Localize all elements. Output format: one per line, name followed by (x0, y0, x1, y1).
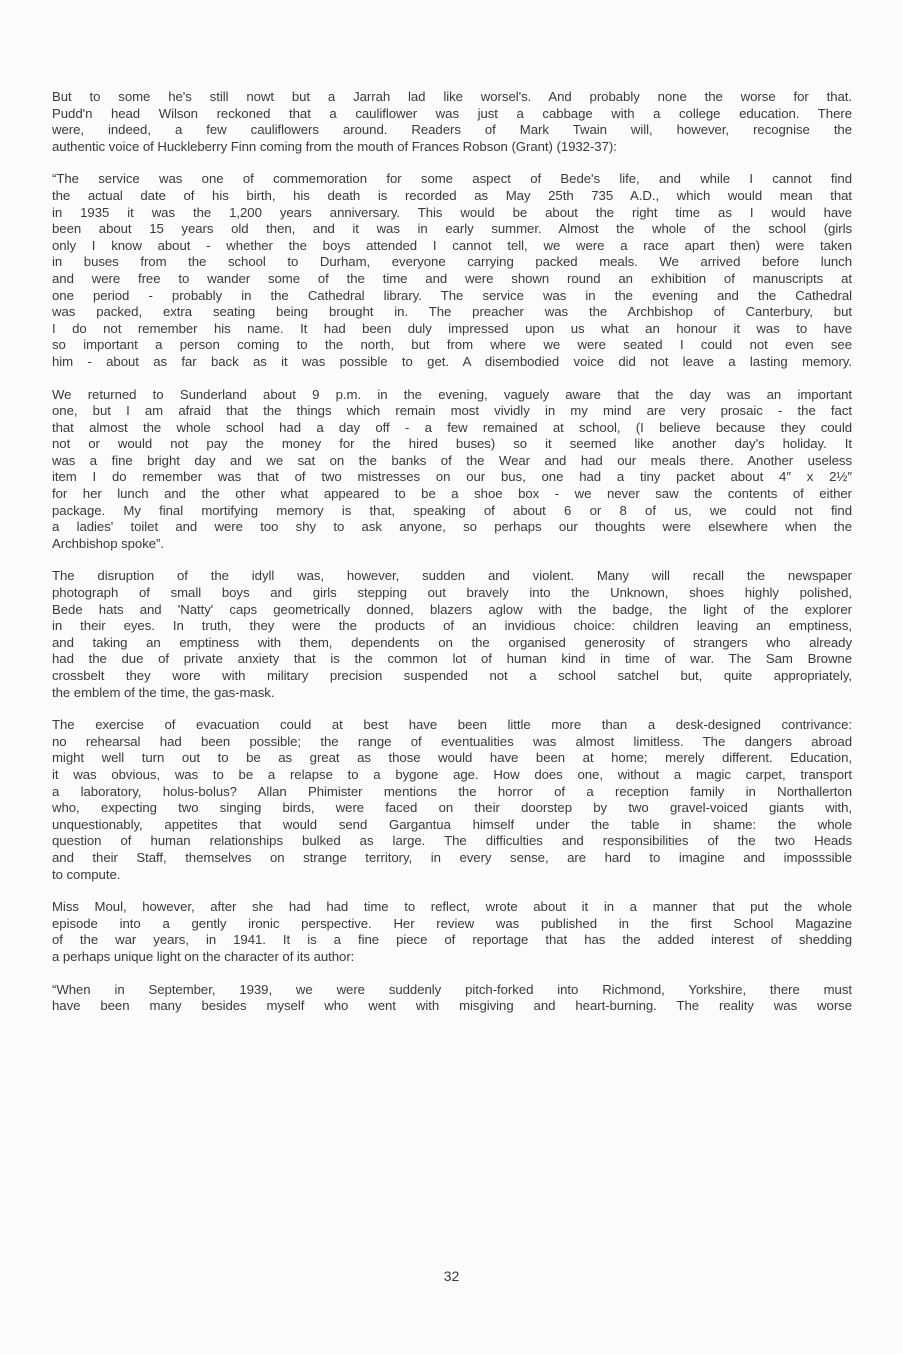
text-line: The exercise of evacuation could at best… (52, 717, 852, 734)
page-number: 32 (0, 1268, 903, 1284)
text-line: a laboratory, holus-bolus? Allan Phimist… (52, 784, 852, 801)
text-line: “When in September, 1939, we were sudden… (52, 982, 852, 999)
text-line: have been many besides myself who went w… (52, 998, 852, 1015)
text-line: one period - probably in the Cathedral l… (52, 288, 852, 305)
text-line: Miss Moul, however, after she had had ti… (52, 899, 852, 916)
text-line: only I know about - whether the boys att… (52, 238, 852, 255)
text-line: so important a person coming to the nort… (52, 337, 852, 354)
paragraph-7-quote: “When in September, 1939, we were sudden… (52, 982, 852, 1015)
text-line: item I do remember was that of two mistr… (52, 469, 852, 486)
text-line: question of human relationships bulked a… (52, 833, 852, 850)
text-line: in 1935 it was the 1,200 years anniversa… (52, 205, 852, 222)
text-line: crossbelt they wore with military precis… (52, 668, 852, 685)
text-line: Bede hats and 'Natty' caps geometrically… (52, 602, 852, 619)
text-line: and taking an emptiness with them, depen… (52, 635, 852, 652)
text-line: Archbishop spoke”. (52, 536, 852, 553)
text-line: might well turn out to be as great as th… (52, 750, 852, 767)
paragraph-6: Miss Moul, however, after she had had ti… (52, 899, 852, 965)
text-line: photograph of small boys and girls stepp… (52, 585, 852, 602)
text-line: to compute. (52, 867, 852, 884)
text-line: it was obvious, was to be a relapse to a… (52, 767, 852, 784)
text-line: in buses from the school to Durham, ever… (52, 254, 852, 271)
text-line: in their eyes. In truth, they were the p… (52, 618, 852, 635)
text-line: “The service was one of commemoration fo… (52, 171, 852, 188)
text-line: The disruption of the idyll was, however… (52, 568, 852, 585)
text-line: But to some he's still nowt but a Jarrah… (52, 89, 852, 106)
paragraph-2-quote: “The service was one of commemoration fo… (52, 171, 852, 370)
text-line: of the war years, in 1941. It is a fine … (52, 932, 852, 949)
text-line: was a fine bright day and we sat on the … (52, 453, 852, 470)
text-line: package. My final mortifying memory is t… (52, 503, 852, 520)
text-line: a perhaps unique light on the character … (52, 949, 852, 966)
text-line: had the due of private anxiety that is t… (52, 651, 852, 668)
text-line: a ladies' toilet and were too shy to ask… (52, 519, 852, 536)
text-line: I do not remember his name. It had been … (52, 321, 852, 338)
text-line: unquestionably, appetites that would sen… (52, 817, 852, 834)
text-line: not or would not pay the money for the h… (52, 436, 852, 453)
paragraph-3-quote: We returned to Sunderland about 9 p.m. i… (52, 387, 852, 553)
paragraph-5: The exercise of evacuation could at best… (52, 717, 852, 883)
text-line: him - about as far back as it was possib… (52, 354, 852, 371)
text-line: were, indeed, a few cauliflowers around.… (52, 122, 852, 139)
text-line: was packed, extra seating being brought … (52, 304, 852, 321)
text-line: and their Staff, themselves on strange t… (52, 850, 852, 867)
text-line: authentic voice of Huckleberry Finn comi… (52, 139, 852, 156)
text-line: the actual date of his birth, his death … (52, 188, 852, 205)
text-line: We returned to Sunderland about 9 p.m. i… (52, 387, 852, 404)
text-line: Pudd'n head Wilson reckoned that a cauli… (52, 106, 852, 123)
text-line: the emblem of the time, the gas-mask. (52, 685, 852, 702)
paragraph-4: The disruption of the idyll was, however… (52, 568, 852, 701)
text-line: no rehearsal had been possible; the rang… (52, 734, 852, 751)
text-line: one, but I am afraid that the things whi… (52, 403, 852, 420)
text-line: been about 15 years old then, and it was… (52, 221, 852, 238)
paragraph-1: But to some he's still nowt but a Jarrah… (52, 89, 852, 155)
text-line: who, expecting two singing birds, were f… (52, 800, 852, 817)
text-line: episode into a gently ironic perspective… (52, 916, 852, 933)
text-line: for her lunch and the other what appeare… (52, 486, 852, 503)
text-line: and were free to wander some of the time… (52, 271, 852, 288)
document-page: But to some he's still nowt but a Jarrah… (52, 89, 852, 1031)
text-line: that almost the whole school had a day o… (52, 420, 852, 437)
